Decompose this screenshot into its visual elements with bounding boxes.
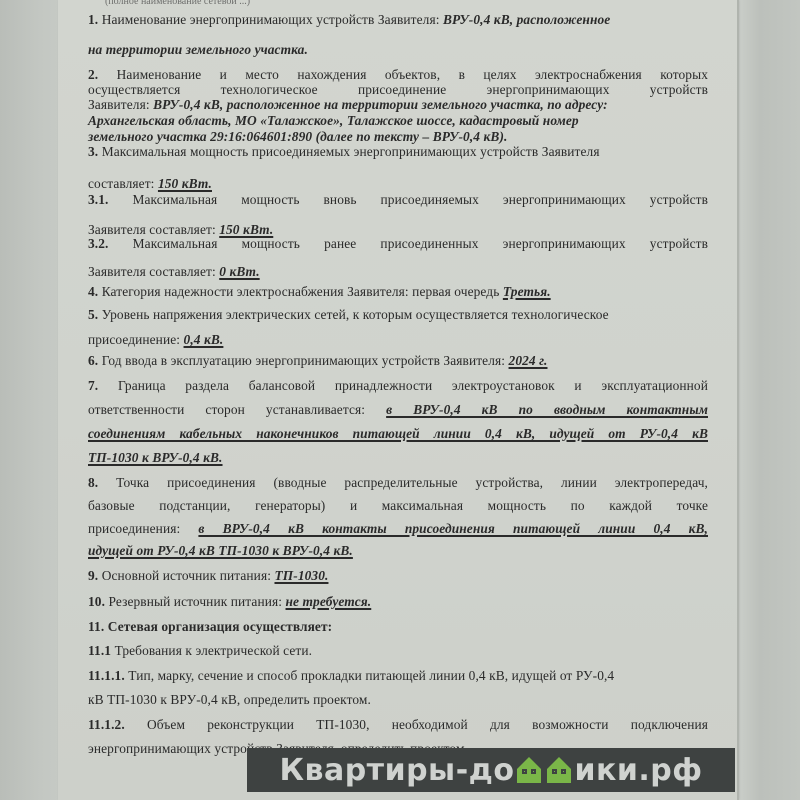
item-7-line-1: 7. Граница раздела балансовой принадлежн… bbox=[88, 378, 708, 394]
house-icon bbox=[545, 755, 573, 785]
item-4-line-1: 4. Категория надежности электроснабжения… bbox=[88, 284, 551, 300]
item-11-1-line-1: 11.1 Требования к электрической сети. bbox=[88, 643, 312, 659]
item-3-line-2: составляет: 150 кВт. bbox=[88, 176, 212, 192]
item-11-1-1-line-2: кВ ТП-1030 к ВРУ-0,4 кВ, определить прое… bbox=[88, 692, 371, 708]
item-11-heading: 11. Сетевая организация осуществляет: bbox=[88, 619, 332, 635]
item-3-2-line-1: 3.2. Максимальная мощность ранее присоед… bbox=[88, 236, 708, 252]
item-5-line-2: присоединение: 0,4 кВ. bbox=[88, 332, 223, 348]
item-3-2-line-2: Заявителя составляет: 0 кВт. bbox=[88, 264, 260, 280]
item-10-line-1: 10. Резервный источник питания: не требу… bbox=[88, 594, 371, 610]
item-9-line-1: 9. Основной источник питания: ТП-1030. bbox=[88, 568, 328, 584]
item-11-1-2-line-1: 11.1.2. Объем реконструкции ТП-1030, нео… bbox=[88, 717, 708, 733]
max-power-value: 150 кВт. bbox=[158, 176, 212, 191]
item-2-line-3: Заявителя: ВРУ-0,4 кВ, расположенное на … bbox=[88, 97, 608, 113]
item-8-line-1: 8. Точка присоединения (вводные распреде… bbox=[88, 475, 708, 491]
item-7-line-4: ТП-1030 к ВРУ-0,4 кВ. bbox=[88, 450, 223, 466]
item-1-line-1: 1. Наименование энергопринимающих устрой… bbox=[88, 12, 610, 28]
item-2-line-5: земельного участка 29:16:064601:890 (дал… bbox=[88, 129, 507, 145]
item-8-line-3: присоединения: в ВРУ-0,4 кВ контакты при… bbox=[88, 521, 708, 537]
header-fragment: (полное наименование сетевой ...) bbox=[105, 0, 250, 7]
item-2-line-1: 2. Наименование и место нахождения объек… bbox=[88, 67, 708, 83]
item-7-line-3: соединениям кабельных наконечников питаю… bbox=[88, 426, 708, 442]
item-2-line-2: осуществляется технологическое присоедин… bbox=[88, 82, 708, 98]
item-7-line-2: ответственности сторон устанавливается: … bbox=[88, 402, 708, 418]
item-11-1-1-line-1: 11.1.1. Тип, марку, сечение и способ про… bbox=[88, 668, 614, 684]
watermark-banner: Квартиры-до ики.рф bbox=[247, 748, 735, 792]
item-8-line-4: идущей от РУ-0,4 кВ ТП-1030 к ВРУ-0,4 кВ… bbox=[88, 543, 353, 559]
item-3-1-line-1: 3.1. Максимальная мощность вновь присоед… bbox=[88, 192, 708, 208]
item-5-line-1: 5. Уровень напряжения электрических сете… bbox=[88, 307, 609, 323]
house-icon bbox=[515, 755, 543, 785]
item-3-line-1: 3. Максимальная мощность присоединяемых … bbox=[88, 144, 600, 160]
item-2-line-4: Архангельская область, МО «Талажское», Т… bbox=[88, 113, 579, 129]
item-8-line-2: базовые подстанции, генераторы) и максим… bbox=[88, 498, 708, 514]
item-1-line-2: на территории земельного участка. bbox=[88, 42, 308, 58]
item-6-line-1: 6. Год ввода в эксплуатацию энергоприним… bbox=[88, 353, 548, 369]
page-edge bbox=[737, 0, 739, 800]
